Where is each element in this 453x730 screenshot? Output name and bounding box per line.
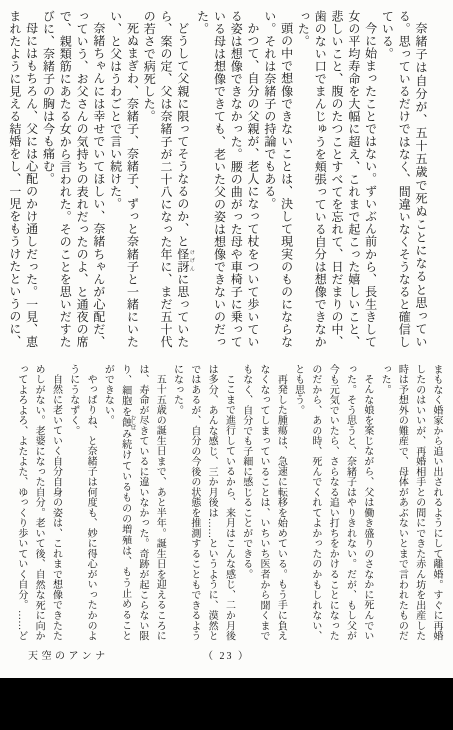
paragraph: ここまで進行しているから、来月はこんな感じ、二か月後は多分、あんな感じ、三か月後… — [168, 364, 237, 641]
paragraph: 頭の中で想像できないことは、決して現実のものにならない。それは奈緒子の持論でもあ… — [261, 10, 295, 348]
page-footer: 天空のアンナ （ 23 ） — [0, 645, 453, 661]
paragraph: やっぱりね、と奈緒子は何度も、妙に得心がいったかのようにうなずく。 — [64, 364, 99, 641]
paragraph: 奈緒子は自分が、五十五歳で死ぬことになると思っている。思っているだけではなく、間… — [379, 10, 429, 348]
page-number: （ 23 ） — [203, 647, 250, 662]
book-title: 天空のアンナ — [28, 647, 109, 662]
paragraph: 奈緒ちゃんには幸せでいてほしい、奈緒ちゃんが心配だ、っていう、お父さんの気持ちの… — [40, 10, 107, 348]
paragraph: 自然に老いていく自分自身の姿は、これまで想像できたためしがない。老婆になった自分… — [13, 364, 65, 641]
paragraph: どうして父親に限ってそうなるのか、と怪訝けげんに思っていたら、案の定、父は奈緒子… — [140, 10, 193, 348]
scanned-book-page: { "colors": { "paper": "#fcfcfa", "ink":… — [0, 0, 453, 730]
paragraph: そんな娘を案じながら、父は働き盛りのさなかに死んでいった。そう思うと、奈緒子はや… — [289, 364, 375, 641]
paragraph: かつて、自分の父親が、老人になって杖をついて歩いている姿は想像できなかった。腰の… — [194, 10, 261, 348]
paragraph: まもなく婚家から追い出されるようにして離婚。すぐに再婚したのはいいが、再婚相手と… — [376, 364, 445, 641]
paragraph: 母にはもちろん、父には心配のかけ通しだった。一見、恵まれたように見える結婚をし、… — [6, 10, 40, 348]
scan-black-strip — [0, 678, 453, 730]
paragraph: 死ぬまぎわ、奈緒子、奈緒子、ずっと奈緒子と一緒にいたい、と父はうわごとで言い続け… — [107, 10, 141, 348]
paragraph: 五十五歳の誕生日まで、あと半年。誕生日を迎えるころには、寿命が尽きているに違いな… — [99, 364, 168, 641]
page-paper: 奈緒子は自分が、五十五歳で死ぬことになると思っている。思っているだけではなく、間… — [0, 0, 453, 678]
paragraph: 再発した腫瘍は、急速に転移を始めている。もう手に負えなくなってしまっていることは… — [237, 364, 289, 641]
bottom-text-block: まもなく婚家から追い出されるようにして離婚。すぐに再婚したのはいいが、再婚相手と… — [11, 364, 445, 641]
top-text-block: 奈緒子は自分が、五十五歳で死ぬことになると思っている。思っているだけではなく、間… — [8, 10, 429, 348]
paragraph: 今に始まったことではない。ずいぶん前から、長生きして女の平均寿命を大幅に超え、こ… — [295, 10, 379, 348]
